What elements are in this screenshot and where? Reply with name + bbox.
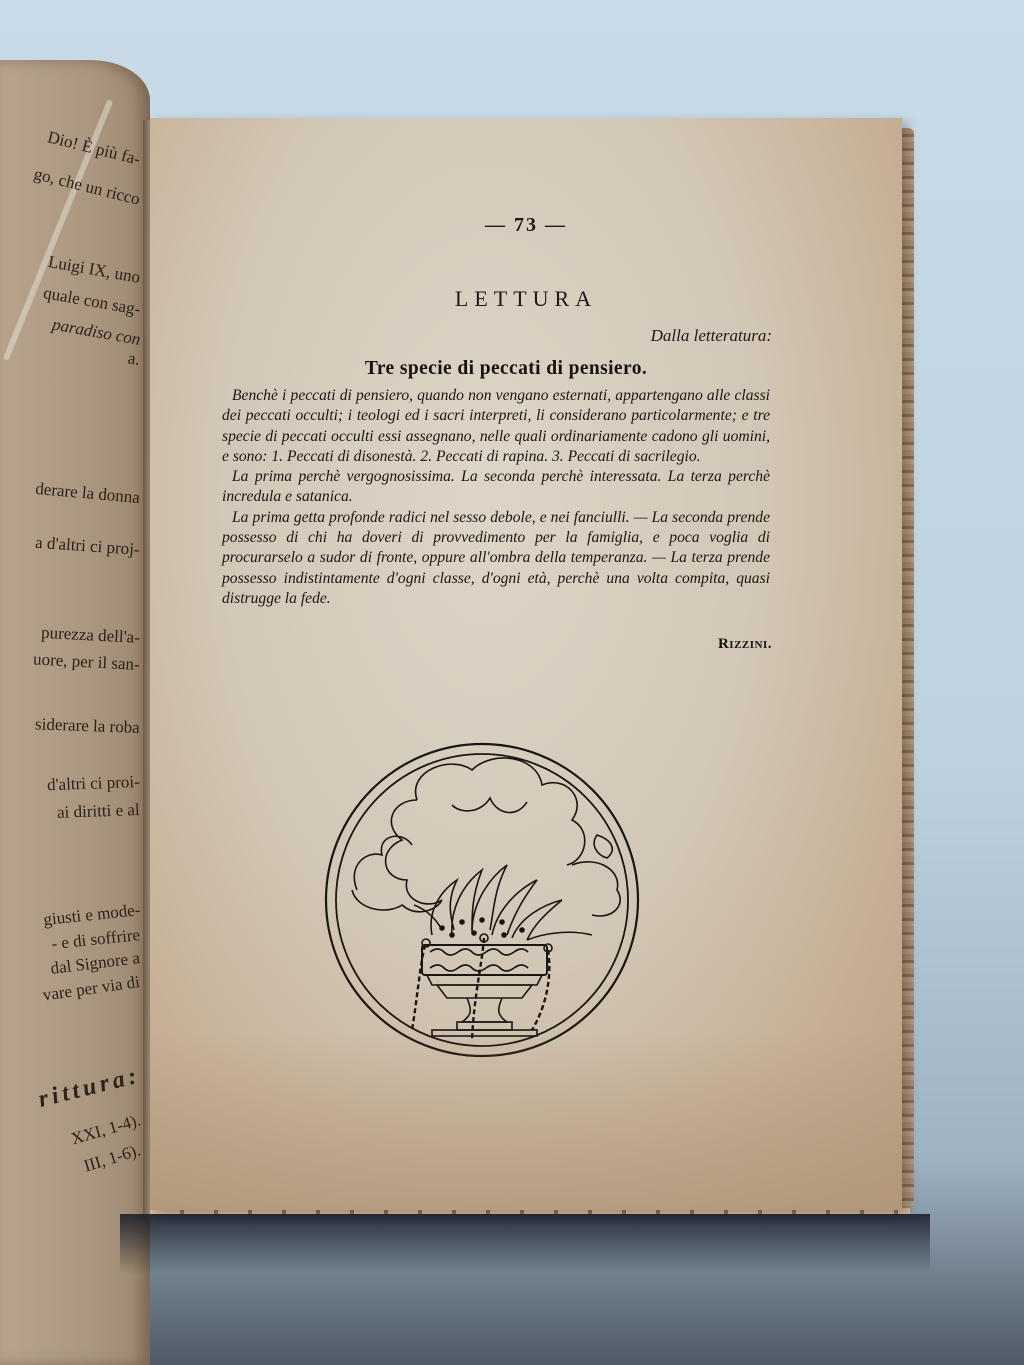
left-page-line: III, 1-6). <box>82 1140 143 1176</box>
censer-illustration-icon <box>322 740 642 1060</box>
paragraph: La prima getta profonde radici nel sesso… <box>222 508 770 609</box>
left-page-line: uore, per il san- <box>33 649 141 675</box>
author-signature: Rizzini. <box>718 636 772 653</box>
right-page: — 73 — LETTURA Dalla letteratura: Tre sp… <box>150 118 902 1210</box>
left-page-line: derare la donna <box>35 479 141 508</box>
left-page-line: go, che un ricco <box>32 164 142 210</box>
left-page-line: a d'altri ci proj- <box>35 533 141 560</box>
left-page-line: ai diritti e al <box>57 800 140 823</box>
paragraph: Benchè i peccati di pensiero, quando non… <box>222 386 770 467</box>
left-page-line: Luigi IX, uno <box>47 252 142 288</box>
article-body: Benchè i peccati di pensiero, quando non… <box>222 386 770 609</box>
book-shadow <box>120 1214 930 1274</box>
paragraph: La prima perchè vergognosissima. La seco… <box>222 467 770 508</box>
left-page-line: purezza dell'a- <box>41 623 141 648</box>
page-block-edge <box>900 128 914 1208</box>
photo-scene: Dio! È più fa-go, che un riccoLuigi IX, … <box>0 0 1024 1365</box>
source-note: Dalla letteratura: <box>651 326 772 346</box>
left-page-line: siderare la roba <box>35 714 140 738</box>
left-facing-page: Dio! È più fa-go, che un riccoLuigi IX, … <box>0 60 150 1365</box>
page-number: — 73 — <box>150 214 902 237</box>
left-page-line: paradiso con <box>50 315 141 350</box>
article-title: Tre specie di peccati di pensiero. <box>150 358 862 380</box>
left-page-line: rittura: <box>36 1062 143 1113</box>
left-page-line: a. <box>127 348 141 369</box>
section-title: LETTURA <box>150 286 902 312</box>
left-page-line: d'altri ci proi- <box>47 772 140 795</box>
